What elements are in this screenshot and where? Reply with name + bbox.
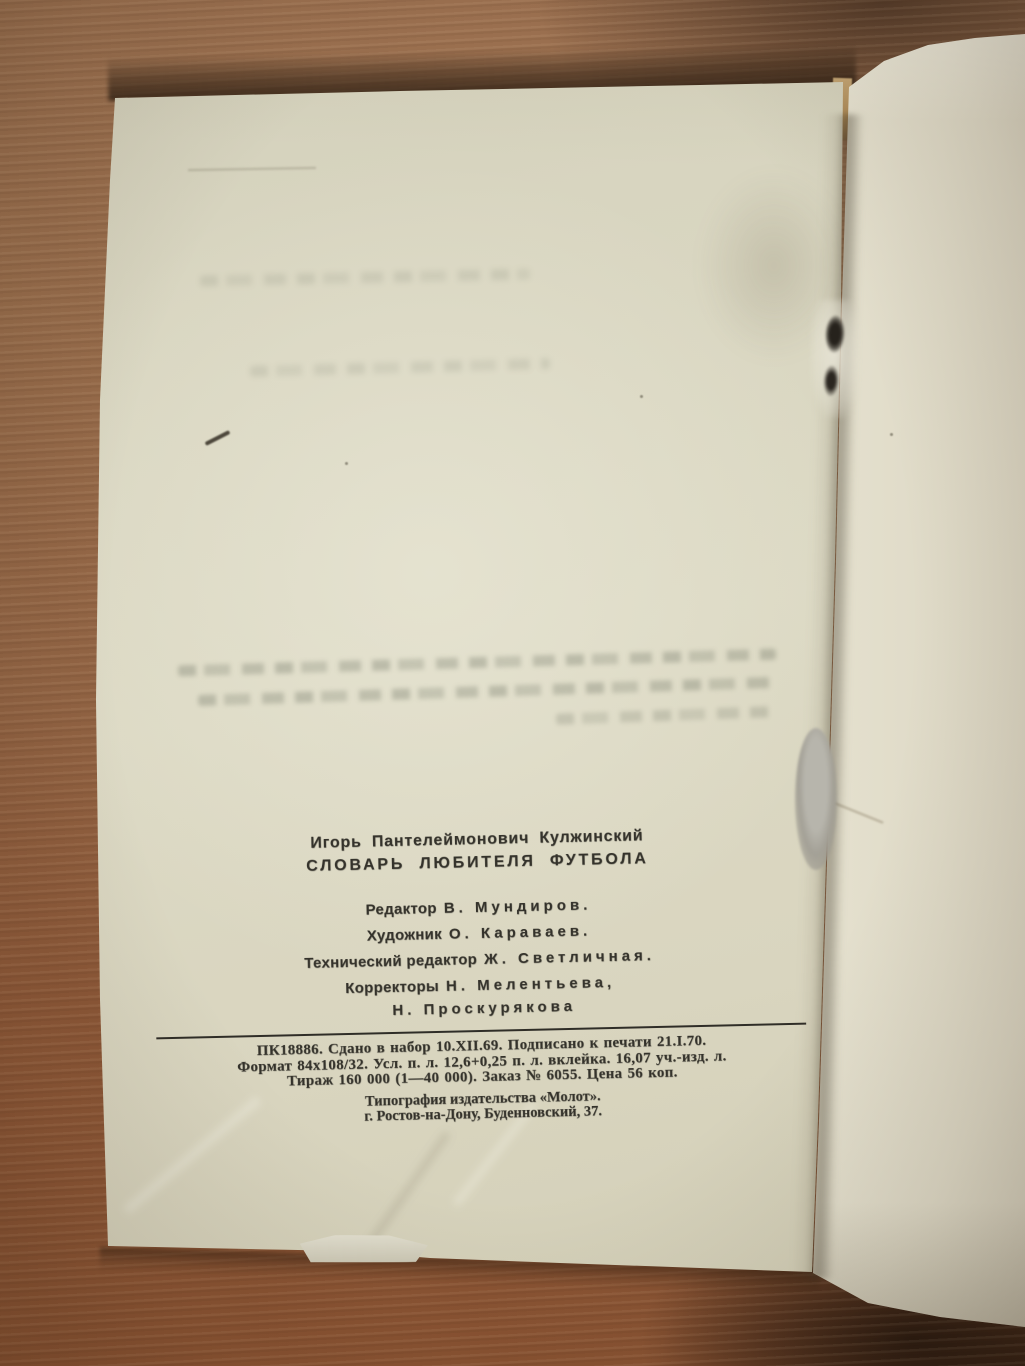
- credit-name: Ж. Светличная.: [484, 947, 655, 968]
- ghost-text-line: [178, 649, 776, 677]
- dirt-speck: [345, 462, 348, 465]
- credit-name: Н. Проскурякова: [392, 998, 576, 1019]
- credit-name: О. Караваев.: [449, 922, 592, 942]
- credit-role: Технический редактор: [304, 951, 477, 972]
- glue-stain: [795, 728, 837, 870]
- gutter-tear: [820, 309, 851, 406]
- credit-role: Редактор: [365, 900, 437, 919]
- credit-line-artist: ХудожникО. Караваев.: [154, 918, 804, 950]
- credit-role: Корректоры: [345, 978, 439, 997]
- paper-scratch: [188, 167, 316, 171]
- ghost-text-line: [198, 677, 770, 706]
- printer-block: Типография издательства «Молот». г. Рост…: [158, 1084, 809, 1129]
- ghost-text-line: [250, 358, 550, 377]
- credit-name: В. Мундиров.: [444, 896, 592, 916]
- pencil-mark: [205, 430, 231, 446]
- colophon-block: Игорь Пантелеймонович Кулжинский СЛОВАРЬ…: [152, 824, 808, 1129]
- credit-role: Художник: [367, 926, 442, 945]
- credit-line-editor: РедакторВ. Мундиров.: [153, 892, 803, 924]
- book-photo: Игорь Пантелеймонович Кулжинский СЛОВАРЬ…: [0, 0, 1025, 1366]
- ghost-text-line: [200, 269, 530, 287]
- ghost-text-line: [556, 706, 770, 724]
- imprint-block: ПК18886. Сдано в набор 10.XII.69. Подпис…: [157, 1032, 808, 1093]
- dirt-speck: [890, 433, 893, 436]
- dirt-speck: [640, 395, 643, 398]
- credit-line-tech-editor: Технический редакторЖ. Светличная.: [155, 944, 805, 976]
- credit-name: Н. Мелентьева,: [446, 974, 616, 995]
